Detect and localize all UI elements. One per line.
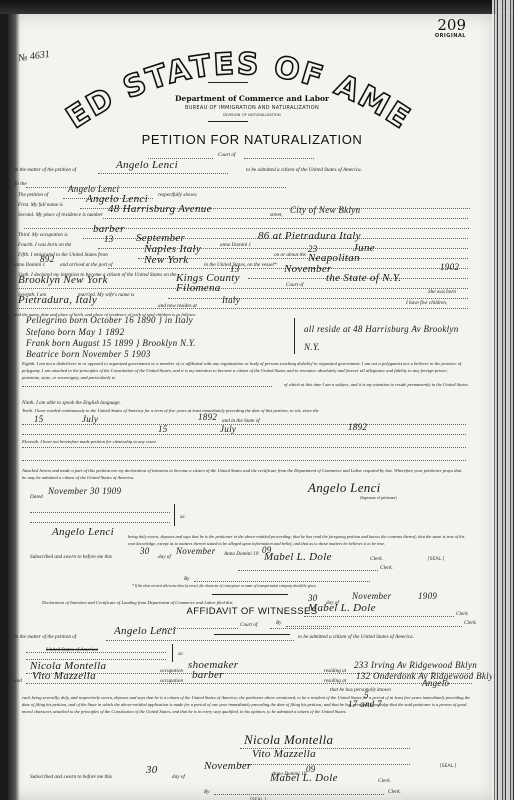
eighth-clause: Eighth. I am not a disbeliever in or opp…: [22, 360, 466, 381]
eleventh-clause: Eleventh. I have not heretofore made pet…: [22, 439, 157, 444]
arch-title: UNITED STATES OF AMERICA: [48, 34, 428, 144]
resided-since-day: 15: [34, 414, 44, 424]
wife-birthplace: Pietradura, Italy: [18, 294, 97, 306]
witness-2-signature: Vito Mazzella: [252, 748, 316, 760]
fifth-label: Fifth. I emigrated to the United States …: [18, 252, 108, 258]
affidavit-title: AFFIDAVIT OF WITNESSES: [8, 606, 496, 617]
resided-since-year: 1892: [198, 412, 217, 422]
second-label: Second. My place of residence is number: [18, 212, 103, 218]
original-label: ORIGINAL: [435, 33, 466, 39]
first-label: First. My full name is: [18, 202, 63, 208]
arrived-port: New York: [144, 254, 188, 266]
oath-clerk-label: Clerk.: [370, 556, 383, 562]
witness-1-signature: Nicola Montella: [244, 732, 333, 748]
oath-subscribed-label: Subscribed and sworn to before me this: [30, 554, 112, 560]
resided-state-day: 15: [158, 424, 168, 434]
affidavit-day-of-label: day of: [172, 774, 185, 780]
page-title: PETITION FOR NATURALIZATION: [8, 132, 496, 147]
declared-at: Brooklyn New York: [18, 274, 108, 286]
oath-clerk-signature: Mabel L. Dole: [264, 551, 332, 563]
declared-year: 1902: [440, 262, 459, 272]
affidavit-by-label: By: [204, 789, 209, 795]
children-label: I have five children,: [406, 300, 447, 306]
affidavit-court-label: Court of: [240, 622, 257, 628]
affidavit-subscribed-label: Subscribed and sworn to before me this: [30, 774, 112, 780]
affidavit-body: each being severally, duly, and respecti…: [22, 694, 472, 715]
affidavit-day: 30: [146, 764, 158, 776]
affidavit-matter-label: In the matter of the petition of: [14, 634, 76, 640]
tenth-clause: Tenth. I have resided continuously in th…: [22, 408, 466, 413]
oath-day: 30: [140, 546, 150, 556]
court-of-label: Court of: [218, 152, 235, 158]
child-entry: Pellegrino born October 16 1890 } in Ita…: [26, 315, 193, 325]
signature-caption: (Signature of petitioner): [360, 496, 397, 500]
ninth-clause: Ninth. I am able to speak the English la…: [22, 400, 121, 406]
known-label: that he has personally known: [330, 687, 391, 693]
resided-since-month: July: [82, 414, 98, 424]
book-binding: [492, 0, 514, 800]
attached-clause: Attached hereto and made a part of this …: [22, 467, 466, 481]
resided-state-year: 1892: [348, 422, 367, 432]
of-which-label: of which at this time I am a subject, an…: [284, 381, 474, 388]
fourth-label: Fourth. I was born on the: [18, 242, 71, 248]
birth-day: 13: [104, 234, 114, 244]
child-entry: Beatrice born November 5 1903: [26, 349, 151, 359]
to-the-label: To the: [14, 181, 27, 187]
affidavit-petitioner-name: Angelo Lenci: [114, 625, 176, 637]
affidavit-ss-label: ss:: [178, 651, 184, 657]
birth-year-place: 86 at Pietradura Italy: [258, 230, 361, 242]
affidavit-clerk-label-2: Clerk.: [388, 789, 401, 795]
emigrated-year: 892: [40, 254, 54, 264]
oath-seal: [SEAL.]: [428, 557, 444, 562]
period-value: 17 and 7: [348, 699, 382, 709]
arrived-label: and arrived at the port of: [60, 262, 113, 268]
witness-and-label: and: [14, 678, 22, 684]
declaration-clerk-label-2: Clerk.: [464, 620, 477, 626]
divider: [208, 82, 248, 83]
file-number: № 4631: [17, 49, 50, 64]
declaration-month: November: [352, 591, 391, 601]
wife-resides: Italy: [222, 295, 240, 305]
oath-footnote: * If the alien arrived otherwise than by…: [132, 584, 316, 588]
residence-value: 48 Harrisburg Avenue: [108, 203, 212, 215]
affidavit-seal: [SEAL.]: [440, 764, 456, 769]
admitted-label: to be admitted a citizen of the United S…: [246, 167, 362, 173]
affidavit-admitted-label: to be admitted a citizen of the United S…: [298, 634, 414, 640]
declaration-year: 1909: [418, 591, 437, 601]
bureau-label: BUREAU OF IMMIGRATION AND NATURALIZATION: [8, 105, 496, 111]
dated-value: November 30 1909: [48, 486, 121, 496]
resided-state-month: July: [220, 424, 236, 434]
declared-state: the State of N.Y.: [326, 272, 401, 284]
petition-of-label: The petition of: [18, 192, 48, 198]
department-label: Department of Commerce and Labor: [8, 94, 496, 103]
matter-label: In the matter of the petition of: [14, 167, 76, 173]
sheet-number: 209: [437, 16, 466, 34]
child-entry: Frank born August 15 1899 } Brooklyn N.Y…: [26, 338, 196, 348]
oath-anno-label: Anno Domini 19: [224, 551, 258, 557]
petitioner-name: Angelo Lenci: [116, 159, 178, 171]
child-entry: Stefano born May 1 1892: [26, 327, 124, 337]
city-value: City of New Bklyn: [290, 205, 360, 215]
oath-ss-label: ss:: [180, 514, 186, 520]
document-page: 209 ORIGINAL № 4631 UNITED STATES OF AME…: [8, 14, 496, 800]
affidavit-clerk-signature: Mabel L. Dole: [270, 772, 338, 784]
scan-top-edge: [0, 0, 514, 14]
oath-month: November: [176, 546, 215, 556]
petitioner-signature: Angelo Lenci: [308, 480, 381, 496]
affidavit-month: November: [204, 760, 252, 772]
affidavit-clerk-label: Clerk.: [378, 778, 391, 784]
witness-2-name: Vito Mazzella: [32, 670, 96, 682]
declaration-label: Declaration of Intention and Certificate…: [42, 600, 233, 605]
dated-label: Dated: [30, 494, 43, 500]
oath-day-of-label: day of: [158, 554, 171, 560]
oath-name: Angelo Lenci: [52, 526, 114, 538]
children-reside: all reside at 48 Harrisburg Av Brooklyn …: [304, 320, 474, 356]
she-was-born-label: She was born: [428, 289, 456, 295]
oath-by-label: By: [184, 576, 189, 582]
divider: [208, 121, 248, 122]
known-name: Angelo: [422, 678, 449, 688]
wife-name: Filomena: [176, 282, 221, 294]
witness-2-occupation: barber: [192, 669, 224, 681]
oath-clerk-label-2: Clerk.: [380, 565, 393, 571]
witness-1-residing: 233 Irving Av Ridgewood Bklyn: [354, 660, 477, 670]
declared-month: November: [284, 263, 332, 275]
division-label: DIVISION OF NATURALIZATION: [8, 112, 496, 117]
respectfully-label: respectfully shows:: [158, 192, 198, 198]
third-label: Third. My occupation is: [18, 232, 68, 238]
declaration-by-label: By: [276, 620, 281, 626]
